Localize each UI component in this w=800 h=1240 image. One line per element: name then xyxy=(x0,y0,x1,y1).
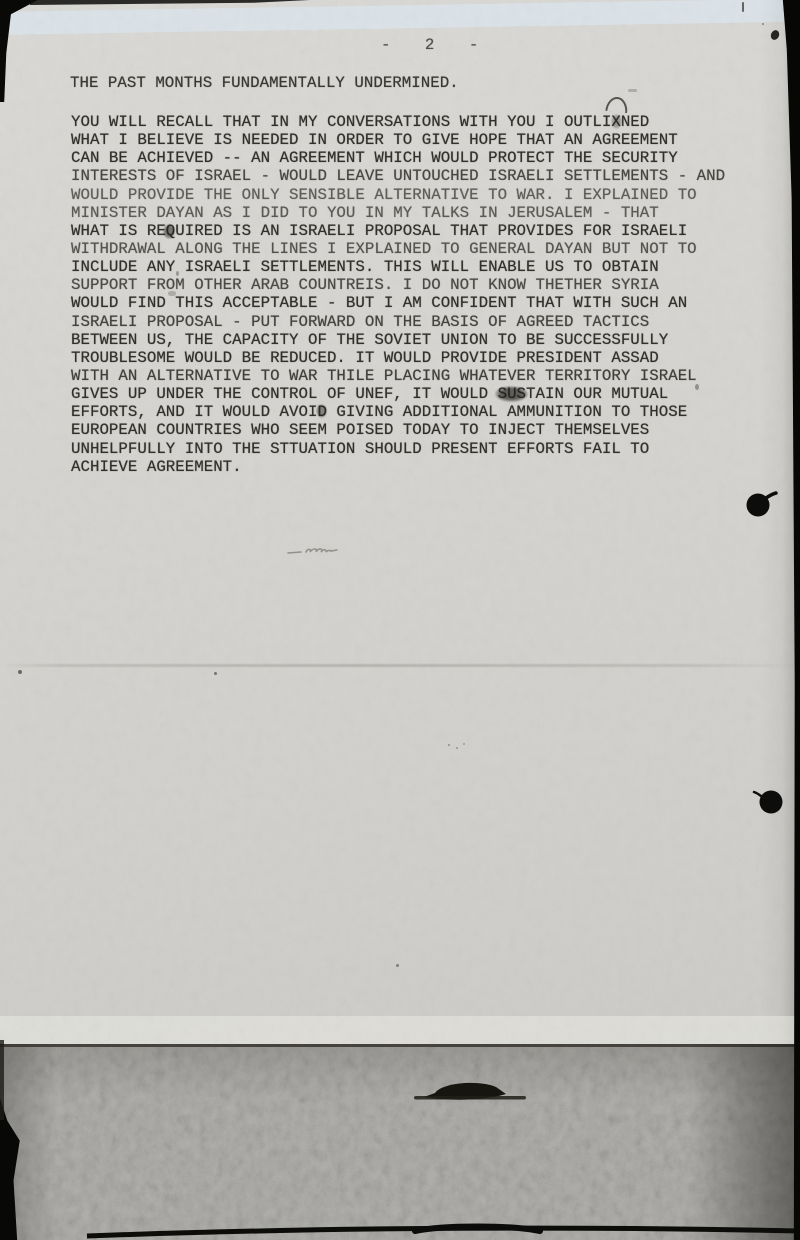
page-number: - 2 - xyxy=(381,36,480,54)
typed-text-line: INCLUDE ANY ISRAELI SETTLEMENTS. THIS WI… xyxy=(71,258,725,276)
ink-blot-upper xyxy=(744,488,780,520)
paper-speck xyxy=(448,744,450,746)
pencil-squiggle-mark xyxy=(285,538,367,562)
typed-text-line: MINISTER DAYAN AS I DID TO YOU IN MY TAL… xyxy=(71,204,725,222)
typed-text-line: TROUBLESOME WOULD BE REDUCED. IT WOULD P… xyxy=(71,349,725,367)
paper-speck xyxy=(762,23,764,25)
paper-speck xyxy=(456,747,458,749)
typed-text-line: ISRAELI PROPOSAL - PUT FORWARD ON THE BA… xyxy=(71,313,725,331)
paper-speck xyxy=(176,271,179,276)
overstrike-smudge-required xyxy=(163,224,175,239)
typed-text-line: ACHIEVE AGREEMENT. xyxy=(71,458,725,476)
typed-text-line: WOULD FIND THIS ACCEPTABLE - BUT I AM CO… xyxy=(71,294,725,312)
scanned-document-view: - 2 - THE PAST MONTHS FUNDAMENTALLY UNDE… xyxy=(0,0,800,1240)
typed-text-line: WITHDRAWAL ALONG THE LINES I EXPLAINED T… xyxy=(71,240,725,258)
overstrike-smudge-sustain xyxy=(495,386,528,402)
typed-text-line: UNHELPFULLY INTO THE STTUATION SHOULD PR… xyxy=(71,440,725,458)
scan-edge-left xyxy=(0,1040,4,1120)
overstrike-smudge-avoid xyxy=(316,404,327,418)
paper-speck xyxy=(396,964,399,967)
typed-text-line: GIVES UP UNDER THE CONTROL OF UNEF, IT W… xyxy=(71,385,725,403)
typed-text-line: YOU WILL RECALL THAT IN MY CONVERSATIONS… xyxy=(71,113,725,131)
paper-speck xyxy=(463,743,465,745)
ink-blot-lower xyxy=(750,786,788,820)
typed-text-line: WHAT I BELIEVE IS NEEDED IN ORDER TO GIV… xyxy=(71,131,725,149)
typed-intro-line: THE PAST MONTHS FUNDAMENTALLY UNDERMINED… xyxy=(70,74,459,92)
typed-text-line: EFFORTS, AND IT WOULD AVOID GIVING ADDIT… xyxy=(71,403,725,421)
paper-speck xyxy=(695,384,699,390)
paper-speck xyxy=(214,672,217,675)
paper-speck xyxy=(168,291,176,296)
ink-smudge-bottom xyxy=(410,1075,530,1110)
scanner-band-speckle xyxy=(0,1047,800,1240)
typed-text-line: CAN BE ACHIEVED -- AN AGREEMENT WHICH WO… xyxy=(71,149,725,167)
typed-text-line: BETWEEN US, THE CAPACITY OF THE SOVIET U… xyxy=(71,331,725,349)
typed-text-line: EUROPEAN COUNTRIES WHO SEEM POISED TODAY… xyxy=(71,421,725,439)
typed-text-line: INTERESTS OF ISRAEL - WOULD LEAVE UNTOUC… xyxy=(71,167,725,185)
page-bottom-edge-line xyxy=(85,1222,800,1240)
overstrike-smudge-outlined xyxy=(611,114,622,129)
typed-text-line: WOULD PROVIDE THE ONLY SENSIBLE ALTERNAT… xyxy=(71,186,725,204)
paper-speck xyxy=(742,2,744,12)
typed-text-line: WITH AN ALTERNATIVE TO WAR THILE PLACING… xyxy=(71,367,725,385)
paper-speck xyxy=(18,670,22,674)
paper-speck xyxy=(628,89,637,92)
